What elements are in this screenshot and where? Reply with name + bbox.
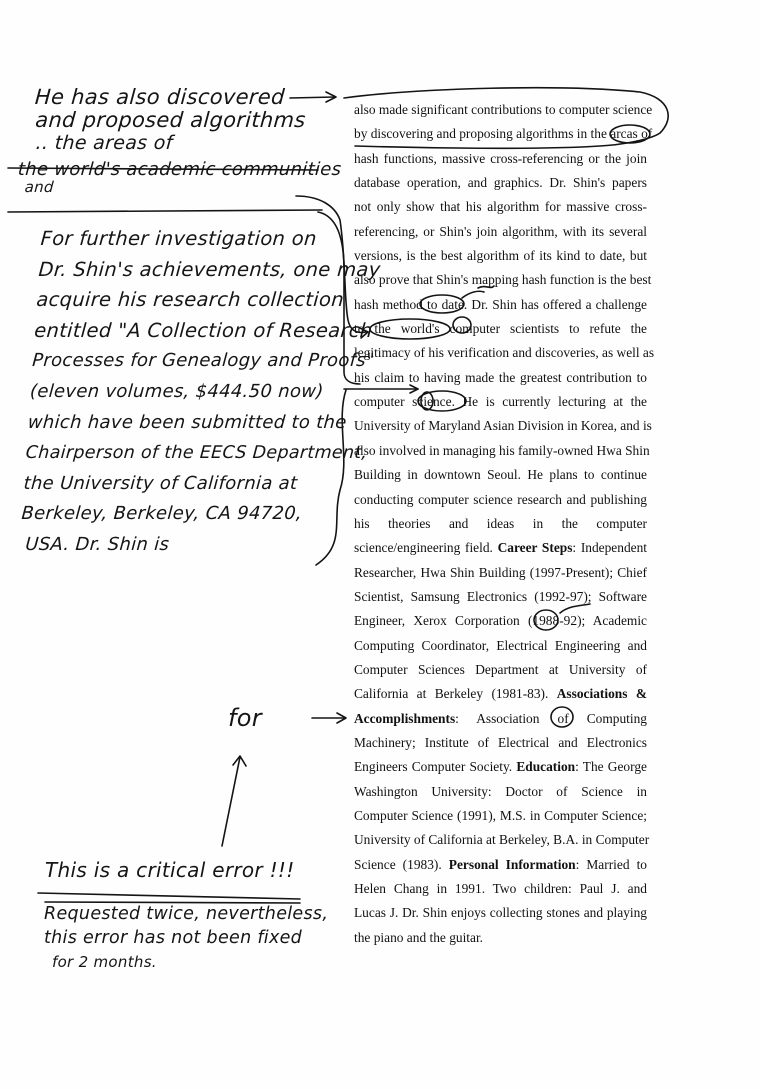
- hand-line: Processes for Genealogy and Proofs": [31, 346, 375, 377]
- text-segment: ); Academic: [577, 613, 647, 628]
- text-line: also prove that Shin's mapping hash func…: [354, 268, 647, 292]
- hand-line: USA. Dr. Shin is: [18, 530, 362, 561]
- text-line: his theories and ideas in the computer: [354, 512, 647, 536]
- text-line: Scientist, Samsung Electronics (1992-97)…: [354, 585, 647, 609]
- hand-line: For further investigation on: [40, 224, 384, 255]
- text-line: Machinery; Institute of Electrical and E…: [354, 731, 647, 755]
- text-segment: science/engineering field.: [354, 540, 498, 555]
- text-segment: Machinery; Institute of Electrical and E…: [354, 735, 647, 750]
- bold-heading-text: Personal Information: [449, 857, 576, 872]
- handwritten-critical-error-note: This is a critical error !!!: [45, 858, 295, 882]
- text-segment: Engineers Computer Society.: [354, 759, 516, 774]
- text-line: Washington University: Doctor of Science…: [354, 780, 647, 804]
- circled-text: to date: [427, 297, 464, 312]
- text-line: science/engineering field. Career Steps:…: [354, 536, 647, 560]
- text-line: Engineers Computer Society. Education: T…: [354, 755, 647, 779]
- text-line: versions, is the best algorithm of its k…: [354, 244, 647, 268]
- circled-text: arcas: [610, 126, 638, 141]
- circled-text: the world's: [374, 321, 439, 336]
- hand-line: Dr. Shin's achievements, one may: [37, 255, 381, 286]
- hand-line: this error has not been fixed: [44, 926, 328, 950]
- text-segment: computer scientists to refute the: [440, 321, 647, 336]
- text-segment: Engineer, Xerox Corporation (1988-: [354, 613, 564, 628]
- text-segment: Washington University: Doctor of Science…: [354, 784, 647, 799]
- hand-line: and proposed algorithms: [33, 109, 346, 132]
- hand-line: the world's academic communities: [17, 158, 342, 176]
- text-line: Accomplishments: Association of Computin…: [354, 707, 647, 731]
- handwritten-insert-for: for: [228, 704, 262, 732]
- text-segment: his theories and ideas in the computer: [354, 516, 647, 531]
- bold-heading-text: Accomplishments: [354, 711, 455, 726]
- text-line: his claim to having made the greatest co…: [354, 366, 647, 390]
- text-segment: not only show that his algorithm for mas…: [354, 199, 647, 214]
- hand-line: Berkeley, Berkeley, CA 94720,: [20, 499, 364, 530]
- text-segment: Helen Chang in 1991. Two children: Paul …: [354, 881, 647, 896]
- bold-heading-text: Career Steps: [498, 540, 573, 555]
- text-segment: Science (1983).: [354, 857, 449, 872]
- text-line: Researcher, Hwa Shin Building (1997-Pres…: [354, 561, 647, 585]
- text-segment: hash functions, massive cross-referencin…: [354, 151, 647, 166]
- text-segment: also involved in managing his family-own…: [354, 443, 650, 458]
- text-line: Lucas J. Dr. Shin enjoys collecting ston…: [354, 901, 647, 925]
- handwritten-request-note: Requested twice, nevertheless, this erro…: [44, 902, 328, 974]
- hand-line: (eleven volumes, $444.50 now): [29, 377, 373, 408]
- hand-line: He has also discovered: [34, 86, 347, 109]
- bold-heading-text: Education: [516, 759, 575, 774]
- printed-biography-text: also made significant contributions to c…: [354, 98, 647, 950]
- text-line: referencing, or Shin's join algorithm, w…: [354, 220, 647, 244]
- text-segment: Building in downtown Seoul. He plans to …: [354, 467, 647, 482]
- hand-line: for 2 months.: [44, 950, 328, 974]
- text-segment: . Dr. Shin has offered a challenge: [464, 297, 647, 312]
- text-line: computer science. He is currently lectur…: [354, 390, 647, 414]
- circled-text: of: [558, 711, 569, 726]
- hand-line: the University of California at: [23, 469, 367, 500]
- text-line: hash method to date. Dr. Shin has offere…: [354, 293, 647, 317]
- text-line: legitimacy of his verification and disco…: [354, 341, 647, 365]
- handwritten-correction-2: For further investigation on Dr. Shin's …: [18, 224, 384, 561]
- text-segment: Computing: [569, 711, 647, 726]
- text-line: Helen Chang in 1991. Two children: Paul …: [354, 877, 647, 901]
- text-segment: legitimacy of his verification and disco…: [354, 345, 654, 360]
- bold-heading-text: Associations &: [557, 686, 647, 701]
- text-line: Computing Coordinator, Electrical Engine…: [354, 634, 647, 658]
- text-line: Computer Sciences Department at Universi…: [354, 658, 647, 682]
- hand-line: entitled "A Collection of Research: [33, 316, 377, 347]
- text-segment: referencing, or Shin's join algorithm, w…: [354, 224, 647, 239]
- text-line: by discovering and proposing algorithms …: [354, 122, 647, 146]
- text-line: to the world's computer scientists to re…: [354, 317, 647, 341]
- text-segment: Computing Coordinator, Electrical Engine…: [354, 638, 647, 653]
- hand-line: .. the areas of: [31, 132, 344, 158]
- circled-text: 92: [564, 613, 577, 628]
- text-segment: Computer Sciences Department at Universi…: [354, 662, 647, 677]
- text-segment: currently lecturing at the: [495, 394, 647, 409]
- hand-line: acquire his research collection: [35, 285, 379, 316]
- text-line: Building in downtown Seoul. He plans to …: [354, 463, 647, 487]
- text-line: California at Berkeley (1981-83). Associ…: [354, 682, 647, 706]
- text-line: University of Maryland Asian Division in…: [354, 414, 647, 438]
- text-segment: Researcher, Hwa Shin Building (1997-Pres…: [354, 565, 647, 580]
- text-line: also involved in managing his family-own…: [354, 439, 647, 463]
- text-segment: California at Berkeley (1981-83).: [354, 686, 557, 701]
- scanned-document-page: also made significant contributions to c…: [0, 0, 760, 1089]
- text-line: the piano and the guitar.: [354, 926, 647, 950]
- text-segment: Computer Science (1991), M.S. in Compute…: [354, 808, 647, 823]
- text-line: University of California at Berkeley, B.…: [354, 828, 647, 852]
- text-line: Engineer, Xerox Corporation (1988-92); A…: [354, 609, 647, 633]
- text-segment: University of Maryland Asian Division in…: [354, 418, 652, 433]
- text-line: not only show that his algorithm for mas…: [354, 195, 647, 219]
- text-line: Science (1983). Personal Information: Ma…: [354, 853, 647, 877]
- text-line: also made significant contributions to c…: [354, 98, 647, 122]
- text-segment: : The George: [575, 759, 647, 774]
- text-segment: versions, is the best algorithm of its k…: [354, 248, 647, 263]
- text-segment: conducting computer science research and…: [354, 492, 647, 507]
- text-segment: : Independent: [572, 540, 647, 555]
- hand-line: which have been submitted to the: [27, 408, 371, 439]
- text-segment: also made significant contributions to c…: [354, 102, 652, 117]
- text-line: hash functions, massive cross-referencin…: [354, 147, 647, 171]
- text-segment: University of California at Berkeley, B.…: [354, 832, 649, 847]
- arrow-up-icon: [222, 756, 246, 846]
- text-line: Computer Science (1991), M.S. in Compute…: [354, 804, 647, 828]
- text-segment: : Married to: [576, 857, 647, 872]
- text-segment: by discovering and proposing algorithms …: [354, 126, 610, 141]
- text-segment: Scientist, Samsung Electronics (1992-97)…: [354, 589, 647, 604]
- text-line: conducting computer science research and…: [354, 488, 647, 512]
- text-segment: : Association: [455, 711, 557, 726]
- text-line: database operation, and graphics. Dr. Sh…: [354, 171, 647, 195]
- circled-text: He is: [463, 394, 495, 409]
- text-segment: his claim to having made the greatest co…: [354, 370, 647, 385]
- text-segment: the piano and the guitar.: [354, 930, 483, 945]
- text-segment: also prove that Shin's mapping hash func…: [354, 272, 651, 287]
- hand-line: Chairperson of the EECS Department,: [25, 438, 369, 469]
- handwritten-correction-1: He has also discovered and proposed algo…: [28, 86, 347, 194]
- text-segment: of: [638, 126, 653, 141]
- text-segment: Lucas J. Dr. Shin enjoys collecting ston…: [354, 905, 647, 920]
- hand-line: Requested twice, nevertheless,: [44, 902, 328, 926]
- text-segment: database operation, and graphics. Dr. Sh…: [354, 175, 647, 190]
- arrow-right-icon: [312, 713, 346, 723]
